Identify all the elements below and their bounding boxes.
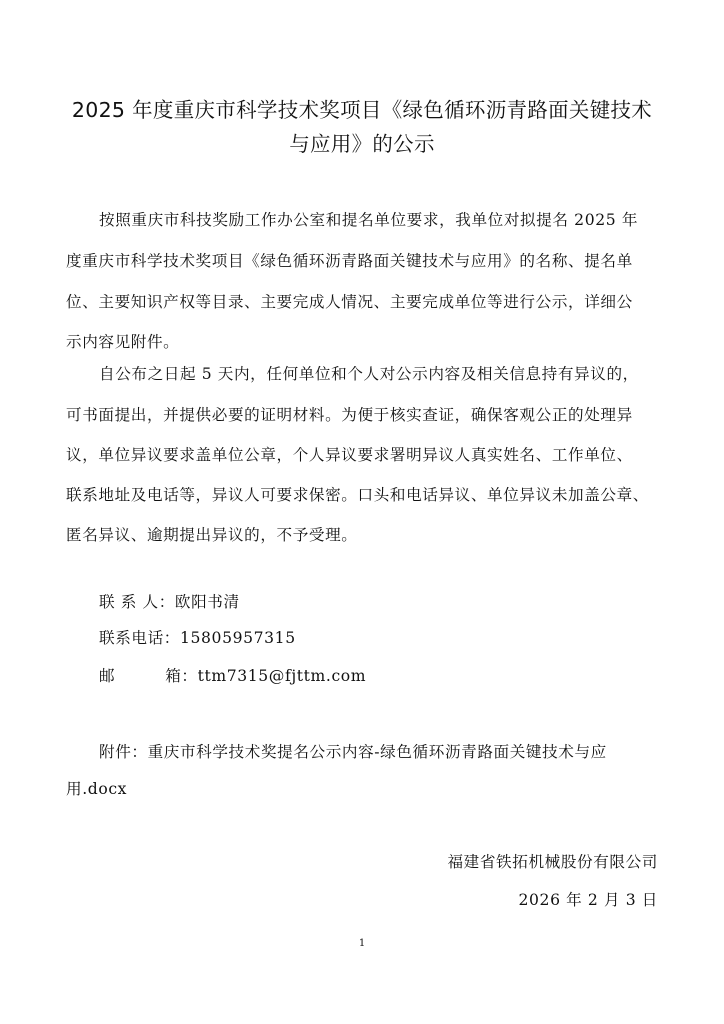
contact-email-label-a: 邮 [99, 665, 115, 687]
signature-date: 2026 年 2 月 3 日 [519, 889, 659, 911]
paragraph-1-line: 位、主要知识产权等目录、主要完成人情况、主要完成单位等进行公示，详细公 [66, 291, 658, 313]
attachment-line-1: 附件：重庆市科学技术奖提名公示内容-绿色循环沥青路面关键技术与应 [99, 741, 691, 763]
page-number: 1 [0, 938, 724, 949]
contact-email-row: 邮箱：ttm7315@fjttm.com [99, 665, 691, 687]
paragraph-2-line: 自公布之日起 5 天内，任何单位和个人对公示内容及相关信息持有异议的， [99, 363, 691, 385]
contact-phone-label: 联系电话： [99, 627, 180, 649]
paragraph-2-line: 匿名异议、逾期提出异议的，不予受理。 [66, 524, 658, 546]
contact-phone-row: 联系电话：15805957315 [99, 627, 691, 649]
paragraph-1-line: 示内容见附件。 [66, 331, 658, 353]
paragraph-1-line: 按照重庆市科技奖励工作办公室和提名单位要求，我单位对拟提名 2025 年 [99, 209, 691, 231]
contact-person-row: 联 系 人：欧阳书清 [99, 591, 691, 613]
document-title-line-2: 与应用》的公示 [60, 126, 664, 162]
document-title-line-1: 2025 年度重庆市科学技术奖项目《绿色循环沥青路面关键技术 [60, 92, 664, 128]
contact-email-value: ttm7315@fjttm.com [198, 667, 367, 685]
attachment-line-2: 用.docx [66, 778, 658, 800]
contact-email-label-b: 箱： [165, 665, 197, 687]
signature-company: 福建省铁拓机械股份有限公司 [447, 851, 658, 873]
contact-phone-value: 15805957315 [180, 629, 296, 647]
paragraph-2-line: 可书面提出，并提供必要的证明材料。为便于核实查证，确保客观公正的处理异 [66, 404, 658, 426]
document-page: 2025 年度重庆市科学技术奖项目《绿色循环沥青路面关键技术 与应用》的公示 按… [0, 0, 724, 1024]
contact-person-value: 欧阳书清 [175, 593, 240, 611]
paragraph-1-line: 度重庆市科学技术奖项目《绿色循环沥青路面关键技术与应用》的名称、提名单 [66, 250, 658, 272]
paragraph-2-line: 议，单位异议要求盖单位公章，个人异议要求署明异议人真实姓名、工作单位、 [66, 444, 658, 466]
contact-person-label: 联 系 人： [99, 591, 175, 613]
paragraph-2-line: 联系地址及电话等，异议人可要求保密。口头和电话异议、单位异议未加盖公章、 [66, 484, 658, 506]
